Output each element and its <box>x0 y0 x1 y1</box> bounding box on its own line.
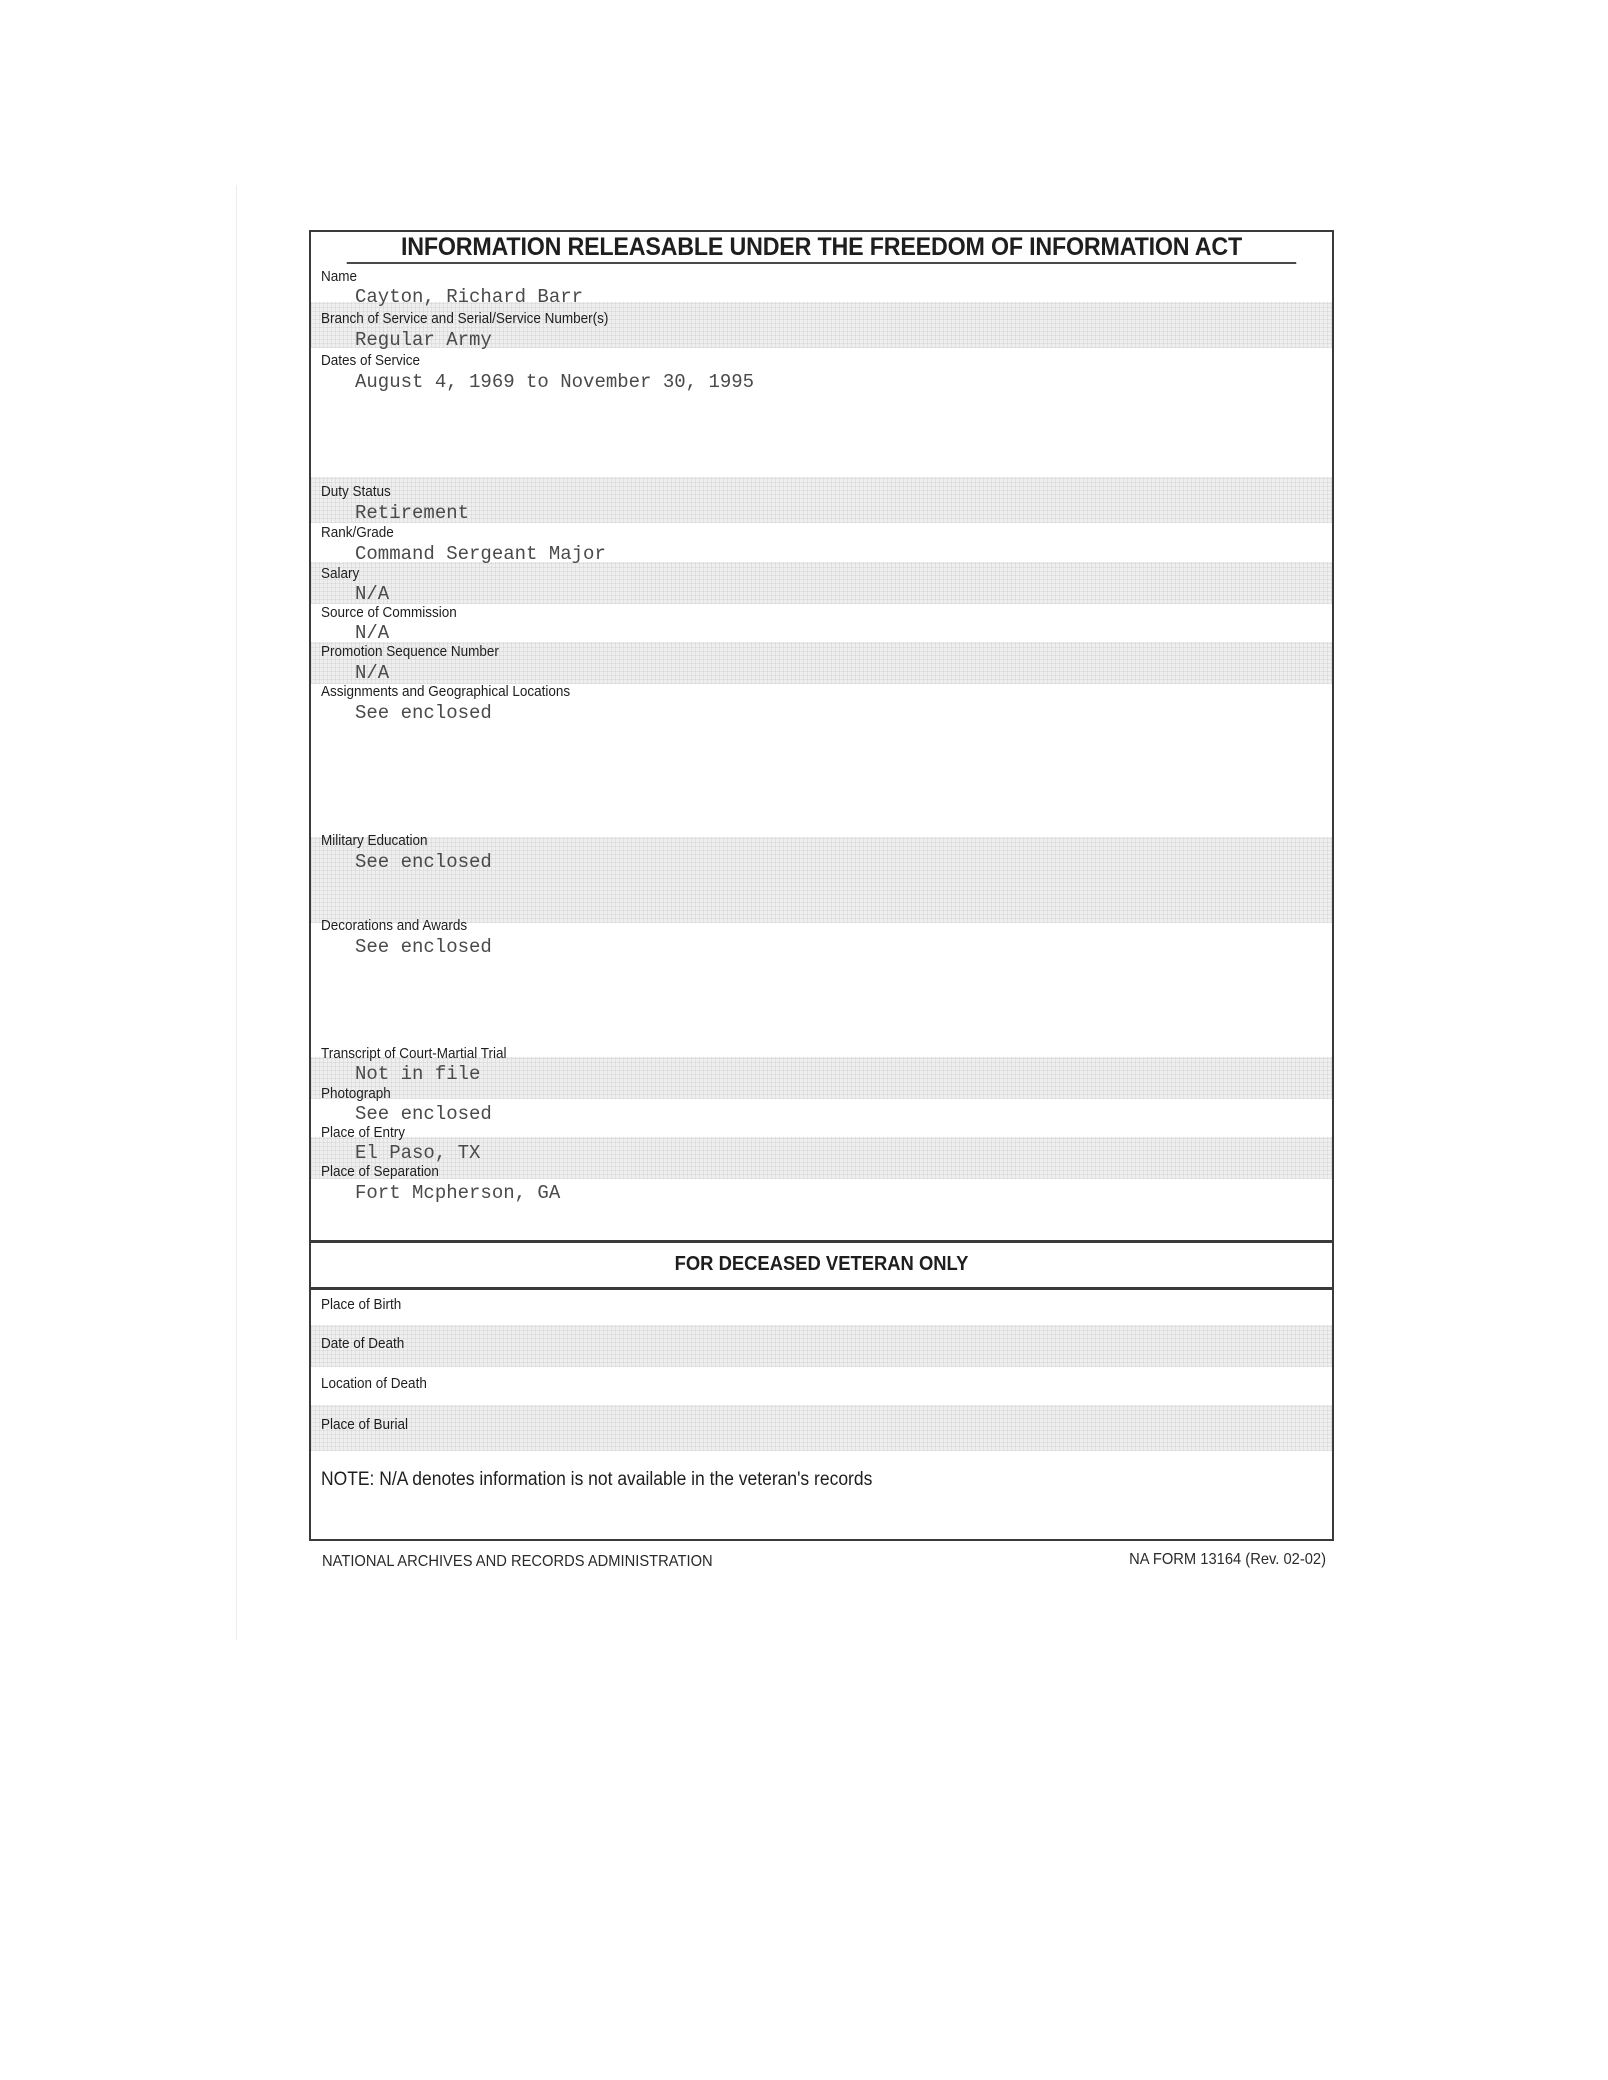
field-value: Not in file <box>355 1063 480 1085</box>
shaded-band <box>311 1405 1332 1451</box>
field-value: Cayton, Richard Barr <box>355 286 583 308</box>
field-value: N/A <box>355 662 389 684</box>
scan-page-edge <box>236 185 237 1640</box>
field-label: Promotion Sequence Number <box>321 643 499 660</box>
field-location-of-death: Location of Death <box>321 1375 427 1392</box>
field-label: Transcript of Court-Martial Trial <box>321 1045 507 1062</box>
field-date-of-death: Date of Death <box>321 1335 404 1352</box>
deceased-section-title: FOR DECEASED VETERAN ONLY <box>352 1253 1291 1276</box>
field-place-of-burial: Place of Burial <box>321 1416 408 1433</box>
field-value: Command Sergeant Major <box>355 543 606 565</box>
field-value: See enclosed <box>355 851 492 873</box>
shaded-band <box>311 562 1332 604</box>
field-value: El Paso, TX <box>355 1142 480 1164</box>
foia-form: INFORMATION RELEASABLE UNDER THE FREEDOM… <box>309 230 1334 1541</box>
field-value: N/A <box>355 583 389 605</box>
field-value: Regular Army <box>355 329 492 351</box>
field-label: Assignments and Geographical Locations <box>321 683 570 700</box>
field-value: See enclosed <box>355 936 492 958</box>
field-label: Salary <box>321 565 359 582</box>
agency-footer: NATIONAL ARCHIVES AND RECORDS ADMINISTRA… <box>322 1553 713 1571</box>
field-label: Duty Status <box>321 483 391 500</box>
form-title: INFORMATION RELEASABLE UNDER THE FREEDOM… <box>347 232 1297 264</box>
field-label: Dates of Service <box>321 352 420 369</box>
field-label: Name <box>321 268 357 285</box>
section-divider <box>311 1287 1332 1290</box>
section-divider <box>311 1240 1332 1243</box>
shaded-band <box>311 1325 1332 1367</box>
field-label: Place of Entry <box>321 1124 405 1141</box>
field-label: Rank/Grade <box>321 524 394 541</box>
field-value: See enclosed <box>355 1103 492 1125</box>
field-value: See enclosed <box>355 702 492 724</box>
field-value: Retirement <box>355 502 469 524</box>
na-note: NOTE: N/A denotes information is not ava… <box>321 1469 872 1491</box>
field-value: August 4, 1969 to November 30, 1995 <box>355 371 754 393</box>
field-label: Photograph <box>321 1085 391 1102</box>
field-label: Source of Commission <box>321 604 457 621</box>
field-place-of-birth: Place of Birth <box>321 1296 401 1313</box>
field-value: Fort Mcpherson, GA <box>355 1182 560 1204</box>
field-label: Military Education <box>321 832 428 849</box>
field-label: Decorations and Awards <box>321 917 467 934</box>
field-label: Branch of Service and Serial/Service Num… <box>321 310 608 327</box>
shaded-band <box>311 837 1332 923</box>
field-value: N/A <box>355 622 389 644</box>
form-number: NA FORM 13164 (Rev. 02-02) <box>1129 1551 1326 1569</box>
field-label: Place of Separation <box>321 1163 439 1180</box>
